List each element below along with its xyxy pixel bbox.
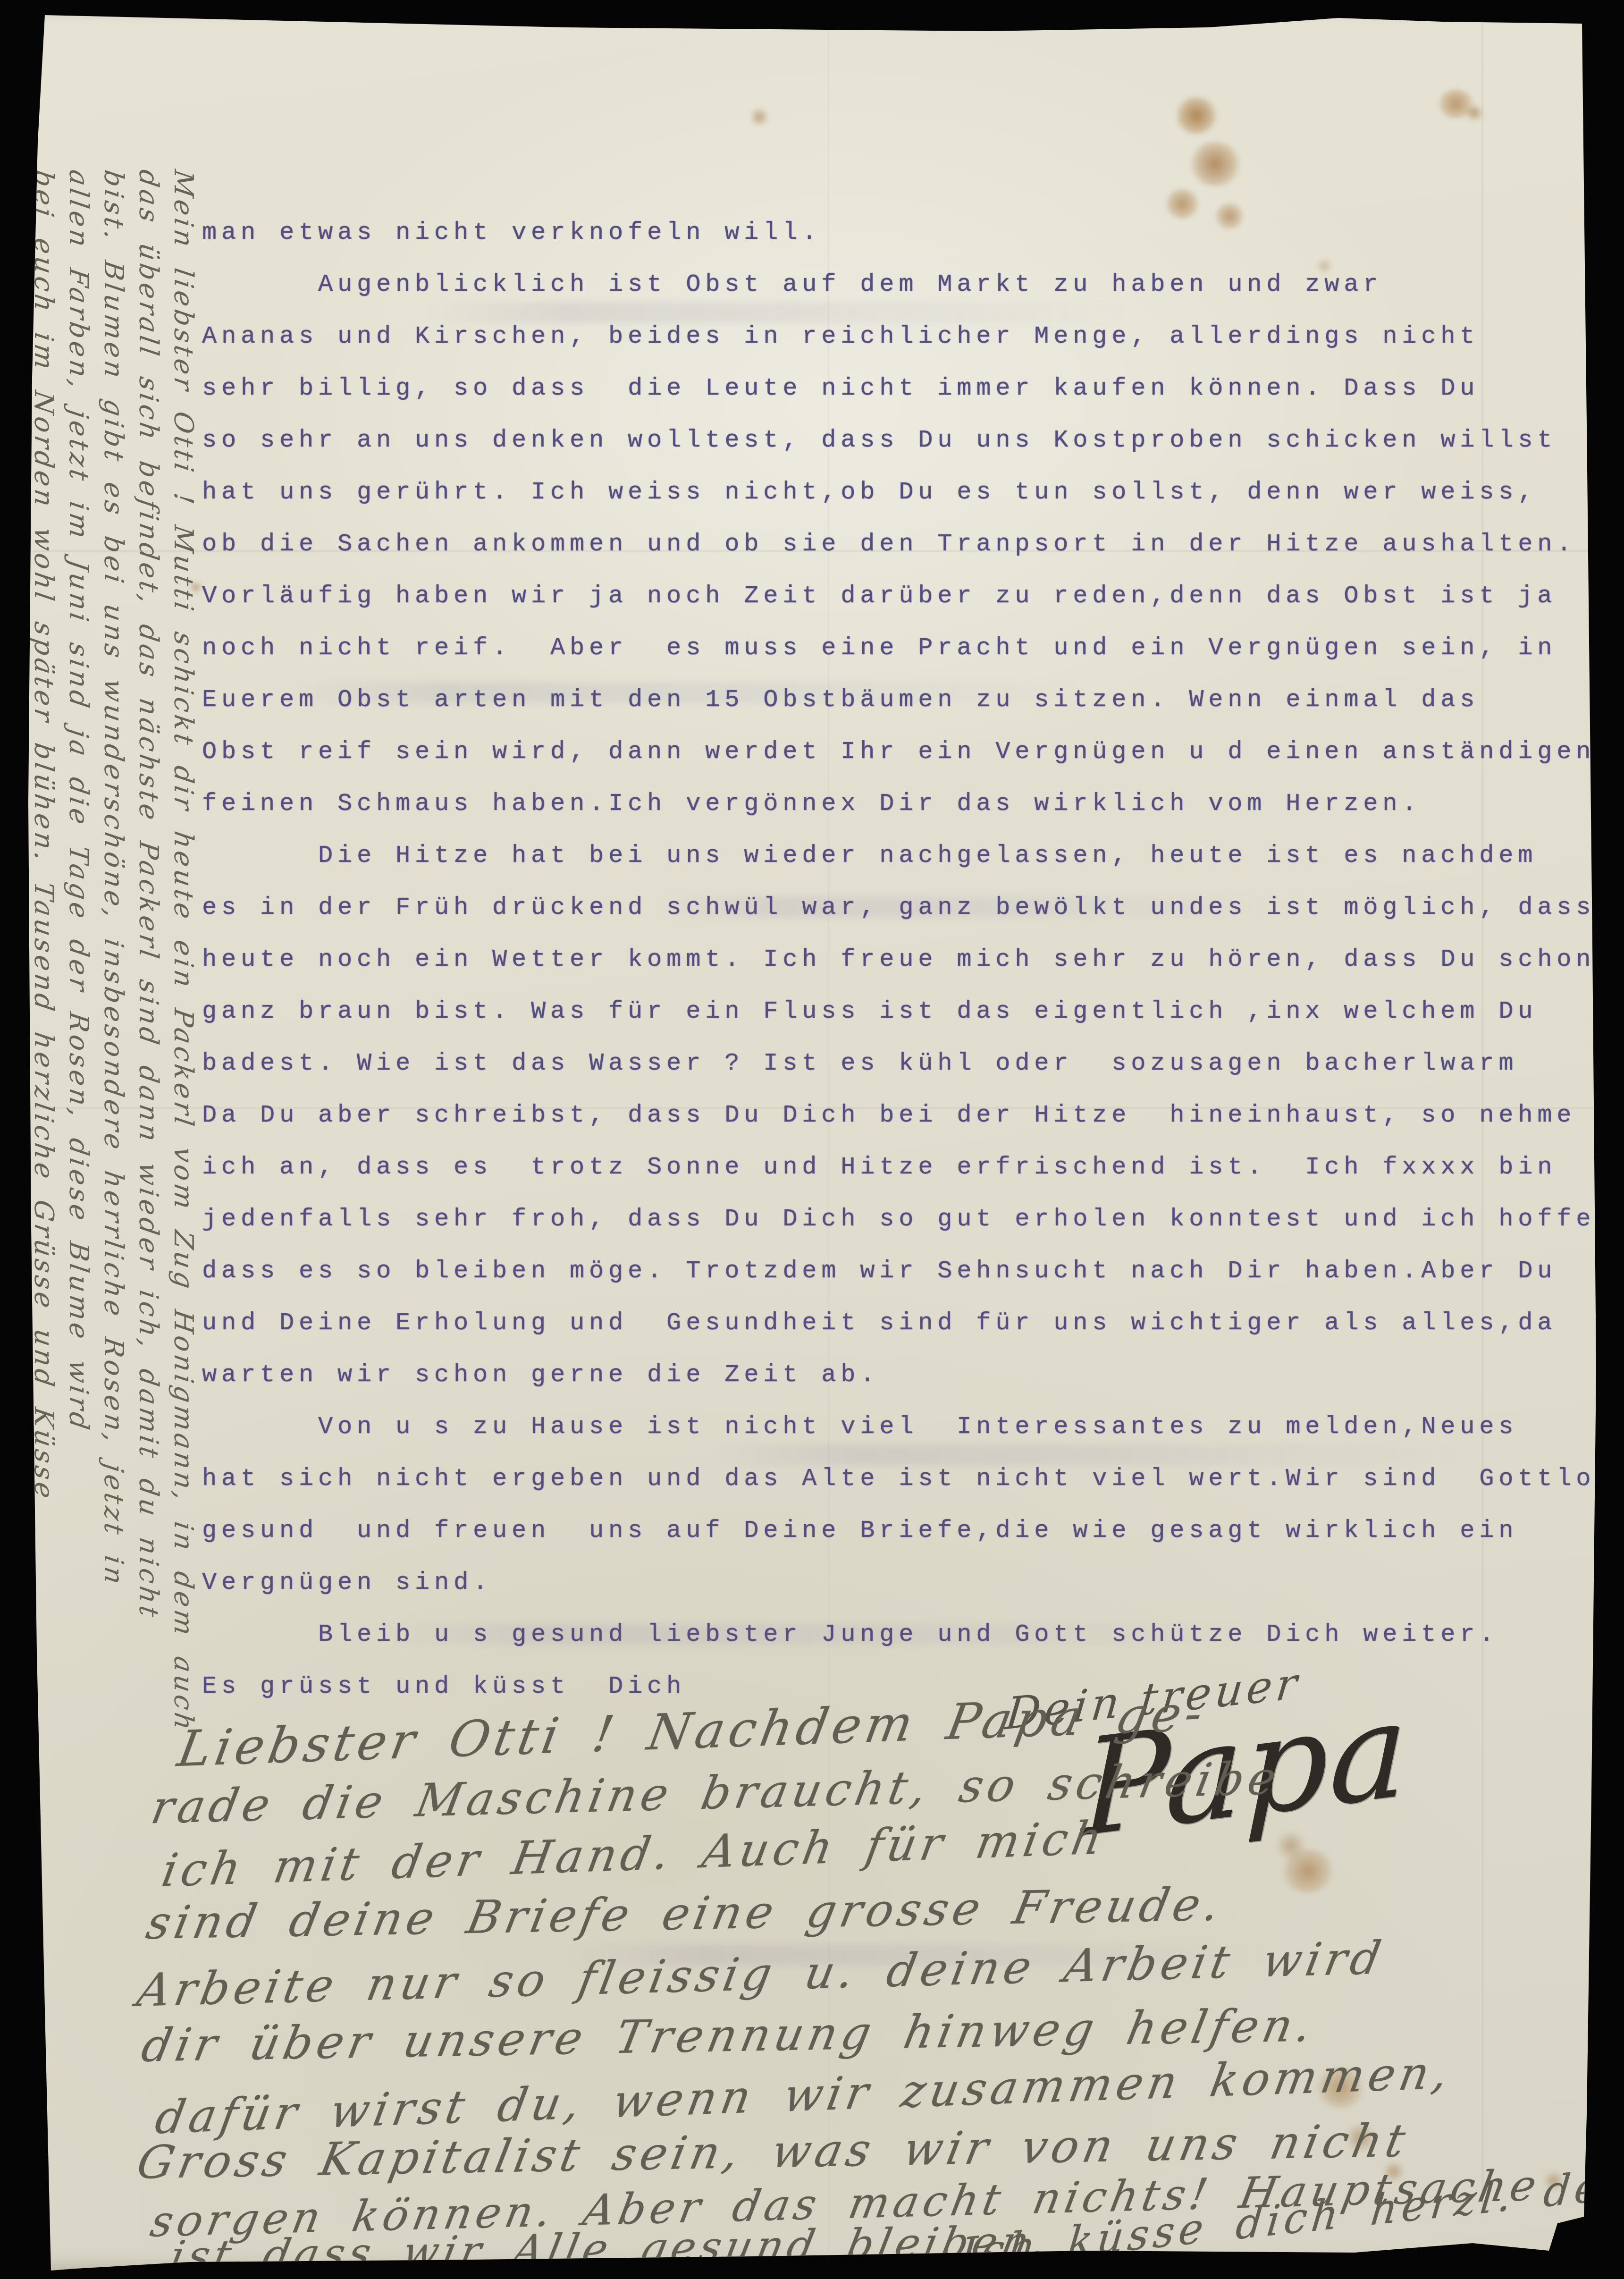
margin-note: Mein liebster Otti ! Mutti schickt dir h… — [26, 170, 201, 2261]
margin-note-line: bist. Blumen gibt es bei uns wunderschön… — [96, 168, 131, 2263]
rust-stain — [1345, 2124, 1376, 2152]
mother-note-line: ist dass wir Alle gesund bleiben. — [166, 2217, 1055, 2279]
rust-stain — [1543, 2171, 1564, 2190]
rust-stain — [1317, 2068, 1364, 2108]
margin-note-line: Mein liebster Otti ! Mutti schickt dir h… — [166, 168, 201, 2263]
margin-note-line: das überall sich befindet, das nächste P… — [131, 168, 166, 2263]
margin-note-line: bei euch im Norden wohl später blühen. T… — [26, 168, 61, 2263]
rust-stain — [1282, 1849, 1334, 1893]
typed-letter-text: man etwas nicht verknofeln will. Augenbl… — [202, 207, 1599, 1713]
mother-note-line: sind deine Briefe eine grosse Freude. — [142, 1878, 1228, 1950]
margin-note-line: allen Farben, jetzt im Juni sind ja die … — [61, 168, 96, 2263]
mother-closing-line: Ich küsse dich herzl. deine Mutter — [958, 2132, 1624, 2279]
rust-stain — [1383, 2162, 1405, 2181]
letter-paper: man etwas nicht verknofeln will. Augenbl… — [0, 0, 1624, 2279]
mother-note-line: dir über unsere Trennung hinweg helfen. — [137, 1999, 1320, 2072]
mother-note-line: ich mit der Hand. Auch für mich — [158, 1811, 1111, 1898]
rust-stain — [749, 108, 769, 127]
scan-background: man etwas nicht verknofeln will. Augenbl… — [0, 0, 1624, 2279]
rust-stain — [1175, 97, 1218, 135]
rust-stain — [1438, 90, 1474, 118]
mother-note-line: Arbeite nur so fleissig u. deine Arbeit … — [133, 1931, 1389, 2017]
rust-stain — [1465, 105, 1484, 121]
rust-stain — [1189, 142, 1241, 186]
ink-bleedthrough — [566, 1945, 1274, 1966]
mother-note-line: dafür wirst du, wenn wir zusammen kommen… — [151, 2046, 1456, 2144]
rust-stain — [1274, 1832, 1307, 1860]
mother-note-line: rade die Maschine braucht, so schreibe — [147, 1751, 1284, 1834]
mother-note-line: sorgen können. Aber das macht nichts! Ha… — [147, 2161, 1545, 2247]
mother-note-line: Gross Kapitalist sein, was wir von uns n… — [133, 2114, 1414, 2189]
